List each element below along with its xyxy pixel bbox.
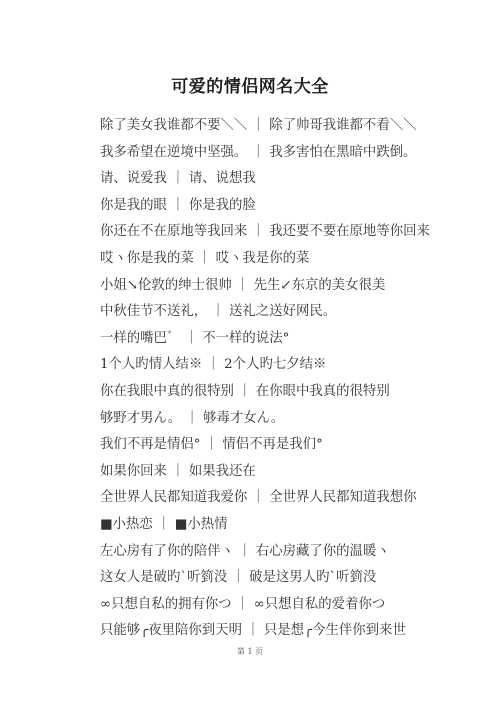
list-item: 只能够╭夜里陪你到天明 ｜ 只是想╭今生伴你到来世 — [100, 618, 430, 645]
list-item: 小姐↘伦敦的绅士很帅 ｜ 先生↙东京的美女很美 — [100, 273, 430, 300]
list-item: 如果你回来 ｜ 如果我还在 — [100, 459, 430, 486]
list-item: 哎ヽ你是我的菜 ｜ 哎ヽ我是你的菜 — [100, 246, 430, 273]
list-item: 中秋佳节不送礼， ｜ 送礼之送好网民。 — [100, 299, 430, 326]
list-item: 左心房有了你的陪伴ヽ ｜ 右心房藏了你的温暖ヽ — [100, 539, 430, 566]
list-item: 你是我的眼 ｜ 你是我的脸 — [100, 193, 430, 220]
document-page: 可爱的情侣网名大全 除了美女我谁都不要＼＼ ｜ 除了帅哥我谁都不看＼＼ 我多希望… — [0, 0, 500, 708]
list-item: 除了美女我谁都不要＼＼ ｜ 除了帅哥我谁都不看＼＼ — [100, 113, 430, 140]
list-item: 请、说爱我 ｜ 请、说想我 — [100, 166, 430, 193]
list-item: ∞只想自私的拥有你つ ｜ ∞只想自私的爱着你つ — [100, 592, 430, 619]
list-item: 我多希望在逆境中坚强。 ｜ 我多害怕在黑暗中跌倒。 — [100, 140, 430, 167]
list-item: 全世界人民都知道我爱你 ｜ 全世界人民都知道我想你 — [100, 485, 430, 512]
list-item: 我们不再是情侣° ｜ 情侣不再是我们° — [100, 432, 430, 459]
list-item: 1个人旳情人结※ ｜ 2个人旳七夕结※ — [100, 352, 430, 379]
list-item: 够野才男ん。 ｜ 够毒才女ん。 — [100, 406, 430, 433]
list-item: 一样的嘴巴゛ ｜ 不一样的说法° — [100, 326, 430, 353]
list-item: ■小热恋 ｜ ■小热情 — [100, 512, 430, 539]
list-item: 你在我眼中真的很特别 ｜ 在你眼中我真的很特别 — [100, 379, 430, 406]
page-number: 第 1 页 — [0, 646, 500, 657]
nickname-list: 除了美女我谁都不要＼＼ ｜ 除了帅哥我谁都不看＼＼ 我多希望在逆境中坚强。 ｜ … — [100, 113, 430, 645]
list-item: 这女人是破旳`听箌没 ｜ 破是这男人旳`听箌没 — [100, 565, 430, 592]
list-item: 你还在不在原地等我回来 ｜ 我还要不要在原地等你回来 — [100, 219, 430, 246]
page-title: 可爱的情侣网名大全 — [0, 72, 500, 97]
